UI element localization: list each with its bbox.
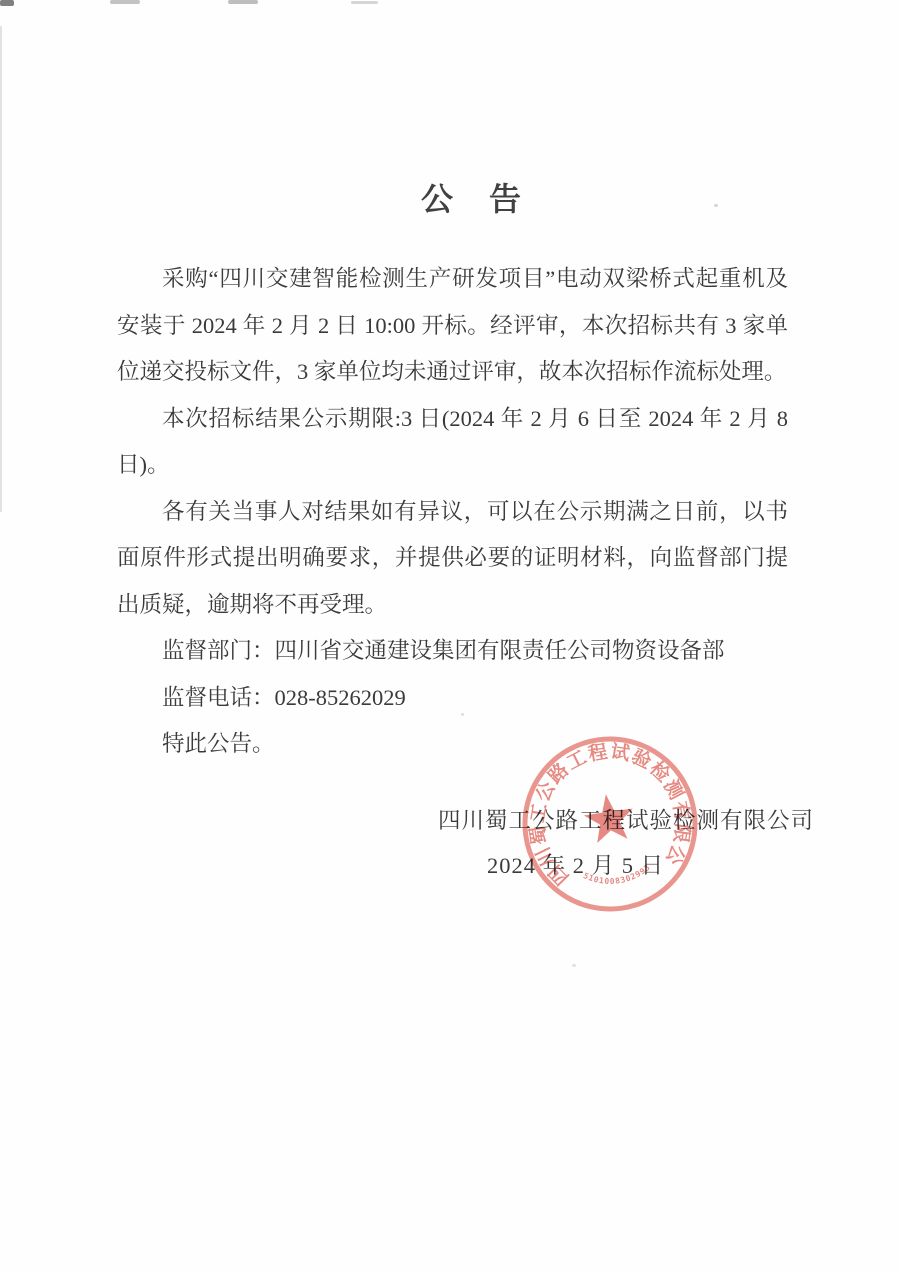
scan-artifact xyxy=(572,964,576,967)
scan-artifact xyxy=(351,1,378,4)
announcement-body: 采购“四川交建智能检测生产研发项目”电动双梁桥式起重机及安装于 2024 年 2… xyxy=(117,256,788,768)
page-title: 公 告 xyxy=(22,174,900,220)
paragraph-supervision-department: 监督部门：四川省交通建设集团有限责任公司物资设备部 xyxy=(117,628,788,675)
paragraph-publicity-period: 本次招标结果公示期限:3 日(2024 年 2 月 6 日至 2024 年 2 … xyxy=(117,396,788,489)
star-icon xyxy=(581,791,636,844)
paragraph-supervision-phone: 监督电话：028-85262029 xyxy=(117,675,788,722)
paragraph-objection-procedure: 各有关当事人对结果如有异议，可以在公示期满之日前，以书面原件形式提出明确要求，并… xyxy=(117,489,788,629)
company-seal: 四川蜀工公路工程试验检测有限公司 5101008302993 xyxy=(521,735,699,913)
scan-artifact xyxy=(0,0,14,6)
scan-artifact xyxy=(110,0,140,4)
announcement-page: 公 告 采购“四川交建智能检测生产研发项目”电动双梁桥式起重机及安装于 2024… xyxy=(0,0,900,1272)
scan-artifact xyxy=(228,0,258,4)
paragraph-bid-result: 采购“四川交建智能检测生产研发项目”电动双梁桥式起重机及安装于 2024 年 2… xyxy=(117,256,788,396)
scan-edge-shadow xyxy=(0,26,2,512)
seal-code: 5101008302993 xyxy=(581,862,654,890)
